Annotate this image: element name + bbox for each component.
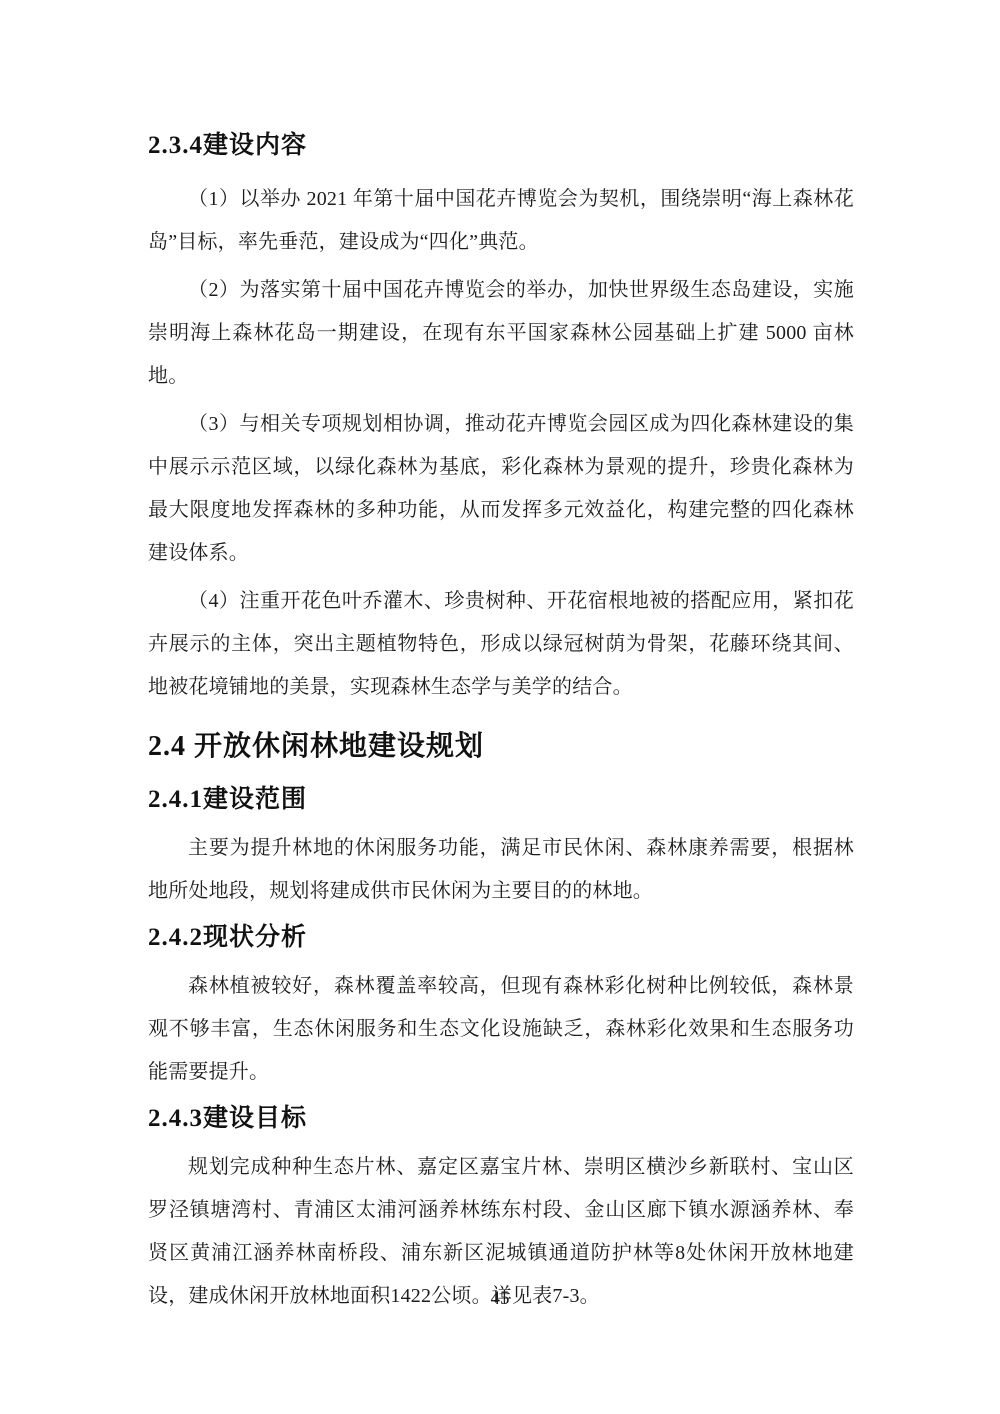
paragraph-6: 森林植被较好，森林覆盖率较高，但现有森林彩化树种比例较低，森林景观不够丰富，生态… xyxy=(148,965,854,1094)
document-page: 2.3.4建设内容 （1）以举办 2021 年第十届中国花卉博览会为契机，围绕崇… xyxy=(0,0,1000,1414)
heading-2-4-2-status-analysis: 2.4.2现状分析 xyxy=(148,921,854,955)
paragraph-4: （4）注重开花色叶乔灌木、珍贵树种、开花宿根地被的搭配应用，紧扣花卉展示的主体，… xyxy=(148,580,854,709)
paragraph-1: （1）以举办 2021 年第十届中国花卉博览会为契机，围绕崇明“海上森林花岛”目… xyxy=(148,178,854,264)
paragraph-3: （3）与相关专项规划相协调，推动花卉博览会园区成为四化森林建设的集中展示示范区域… xyxy=(148,403,854,575)
heading-2-3-4-construction-content: 2.3.4建设内容 xyxy=(148,130,854,162)
paragraph-5: 主要为提升林地的休闲服务功能，满足市民休闲、森林康养需要，根据林地所处地段，规划… xyxy=(148,827,854,913)
heading-2-4-3-construction-goal: 2.4.3建设目标 xyxy=(148,1102,854,1136)
paragraph-2: （2）为落实第十届中国花卉博览会的举办，加快世界级生态岛建设，实施崇明海上森林花… xyxy=(148,269,854,398)
heading-2-4-open-leisure-forest-plan: 2.4 开放休闲林地建设规划 xyxy=(148,727,854,767)
page-content: 2.3.4建设内容 （1）以举办 2021 年第十届中国花卉博览会为契机，围绕崇… xyxy=(148,130,854,1323)
page-number: 45 xyxy=(0,1288,1000,1310)
heading-2-4-1-construction-scope: 2.4.1建设范围 xyxy=(148,783,854,817)
